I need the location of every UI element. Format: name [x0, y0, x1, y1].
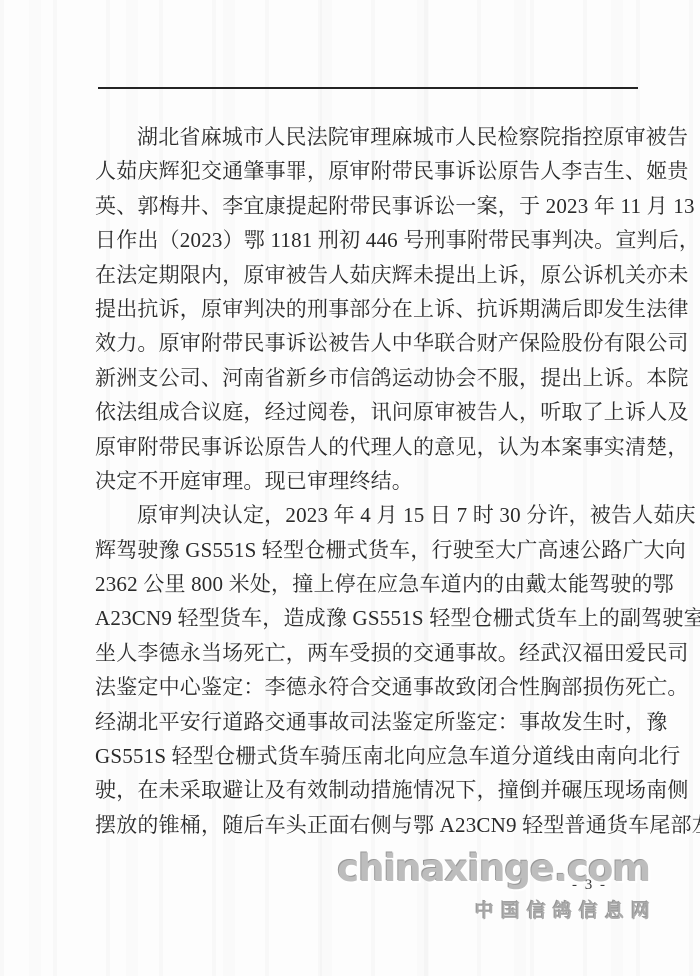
text-line: 坐人李德永当场死亡，两车受损的交通事故。经武汉福田爱民司 — [95, 636, 641, 670]
text-line: 经湖北平安行道路交通事故司法鉴定所鉴定：事故发生时，豫 — [95, 705, 641, 739]
text-line: GS551S 轻型仓栅式货车骑压南北向应急车道分道线由南向北行 — [95, 739, 641, 773]
text-line: 辉驾驶豫 GS551S 轻型仓栅式货车，行驶至大广高速公路广大向 — [95, 533, 641, 567]
text-line: 提出抗诉，原审判决的刑事部分在上诉、抗诉期满后即发生法律 — [95, 292, 641, 326]
header-divider-line — [98, 87, 638, 89]
text-line: 依法组成合议庭，经过阅卷，讯问原审被告人，听取了上诉人及 — [95, 395, 641, 429]
text-line: 效力。原审附带民事诉讼被告人中华联合财产保险股份有限公司 — [95, 326, 641, 360]
text-line: 人茹庆辉犯交通肇事罪，原审附带民事诉讼原告人李吉生、姬贵 — [95, 154, 641, 188]
document-body: 湖北省麻城市人民法院审理麻城市人民检察院指控原审被告 人茹庆辉犯交通肇事罪，原审… — [95, 120, 641, 842]
text-line: 日作出（2023）鄂 1181 刑初 446 号刑事附带民事判决。宣判后， — [95, 223, 641, 257]
text-line: 驶，在未采取避让及有效制动措施情况下，撞倒并碾压现场南侧 — [95, 773, 641, 807]
text-line: 英、郭梅井、李宜康提起附带民事诉讼一案，于 2023 年 11 月 13 — [95, 189, 641, 223]
text-line: 摆放的锥桶，随后车头正面右侧与鄂 A23CN9 轻型普通货车尾部左 — [95, 808, 641, 842]
text-line: 法鉴定中心鉴定：李德永符合交通事故致闭合性胸部损伤死亡。 — [95, 670, 641, 704]
text-line: A23CN9 轻型货车，造成豫 GS551S 轻型仓栅式货车上的副驾驶室乘 — [95, 601, 641, 635]
text-line: 新洲支公司、河南省新乡市信鸽运动协会不服，提出上诉。本院 — [95, 361, 641, 395]
text-line: 湖北省麻城市人民法院审理麻城市人民检察院指控原审被告 — [95, 120, 641, 154]
text-line: 决定不开庭审理。现已审理终结。 — [95, 464, 641, 498]
watermark-site-name: 中国信鸽信息网 — [475, 896, 657, 923]
text-line: 原审附带民事诉讼原告人的代理人的意见，认为本案事实清楚， — [95, 430, 641, 464]
text-line: 原审判决认定，2023 年 4 月 15 日 7 时 30 分许，被告人茹庆 — [95, 498, 641, 532]
text-line: 2362 公里 800 米处，撞上停在应急车道内的由戴太能驾驶的鄂 — [95, 567, 641, 601]
text-line: 在法定期限内，原审被告人茹庆辉未提出上诉，原公诉机关亦未 — [95, 258, 641, 292]
page-number: - 3 - — [572, 877, 607, 894]
scanned-judgment-page: 湖北省麻城市人民法院审理麻城市人民检察院指控原审被告 人茹庆辉犯交通肇事罪，原审… — [0, 0, 700, 976]
